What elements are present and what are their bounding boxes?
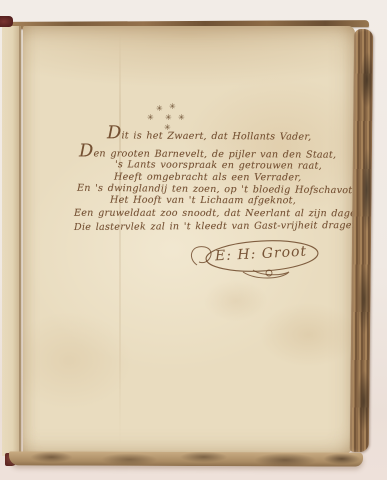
poem-line: 's Lants voorspraak en getrouwen raat, [115,159,322,171]
poem-line: Het Hooft van 't Lichaam afgeknot, [110,195,296,207]
poem-line: Een gruweldaat zoo snoodt, dat Neerlant … [74,208,366,220]
star-icon: ✳ [169,103,176,111]
book-fore-edge-pages [350,29,373,452]
book-bottom-page-edges [9,451,363,466]
poem-line: Dit is het Zwaert, dat Hollants Vader, [107,128,312,142]
star-icon: ✳ [147,114,154,122]
paper-crease [119,32,121,448]
star-icon: ✳ [165,114,172,122]
star-icon: ✳ [178,114,185,122]
manuscript-photograph: ✳ ✳ ✳ ✳ ✳ ✳ Dit is het Zwaert, dat Holla… [0,0,387,480]
star-icon: ✳ [156,105,163,113]
manuscript-page: ✳ ✳ ✳ ✳ ✳ ✳ Dit is het Zwaert, dat Holla… [23,26,355,455]
binding-corner-top [0,16,13,27]
signature: E: H: Groot [185,232,325,284]
poem-line: Heeft omgebracht als een Verrader, [114,172,301,184]
